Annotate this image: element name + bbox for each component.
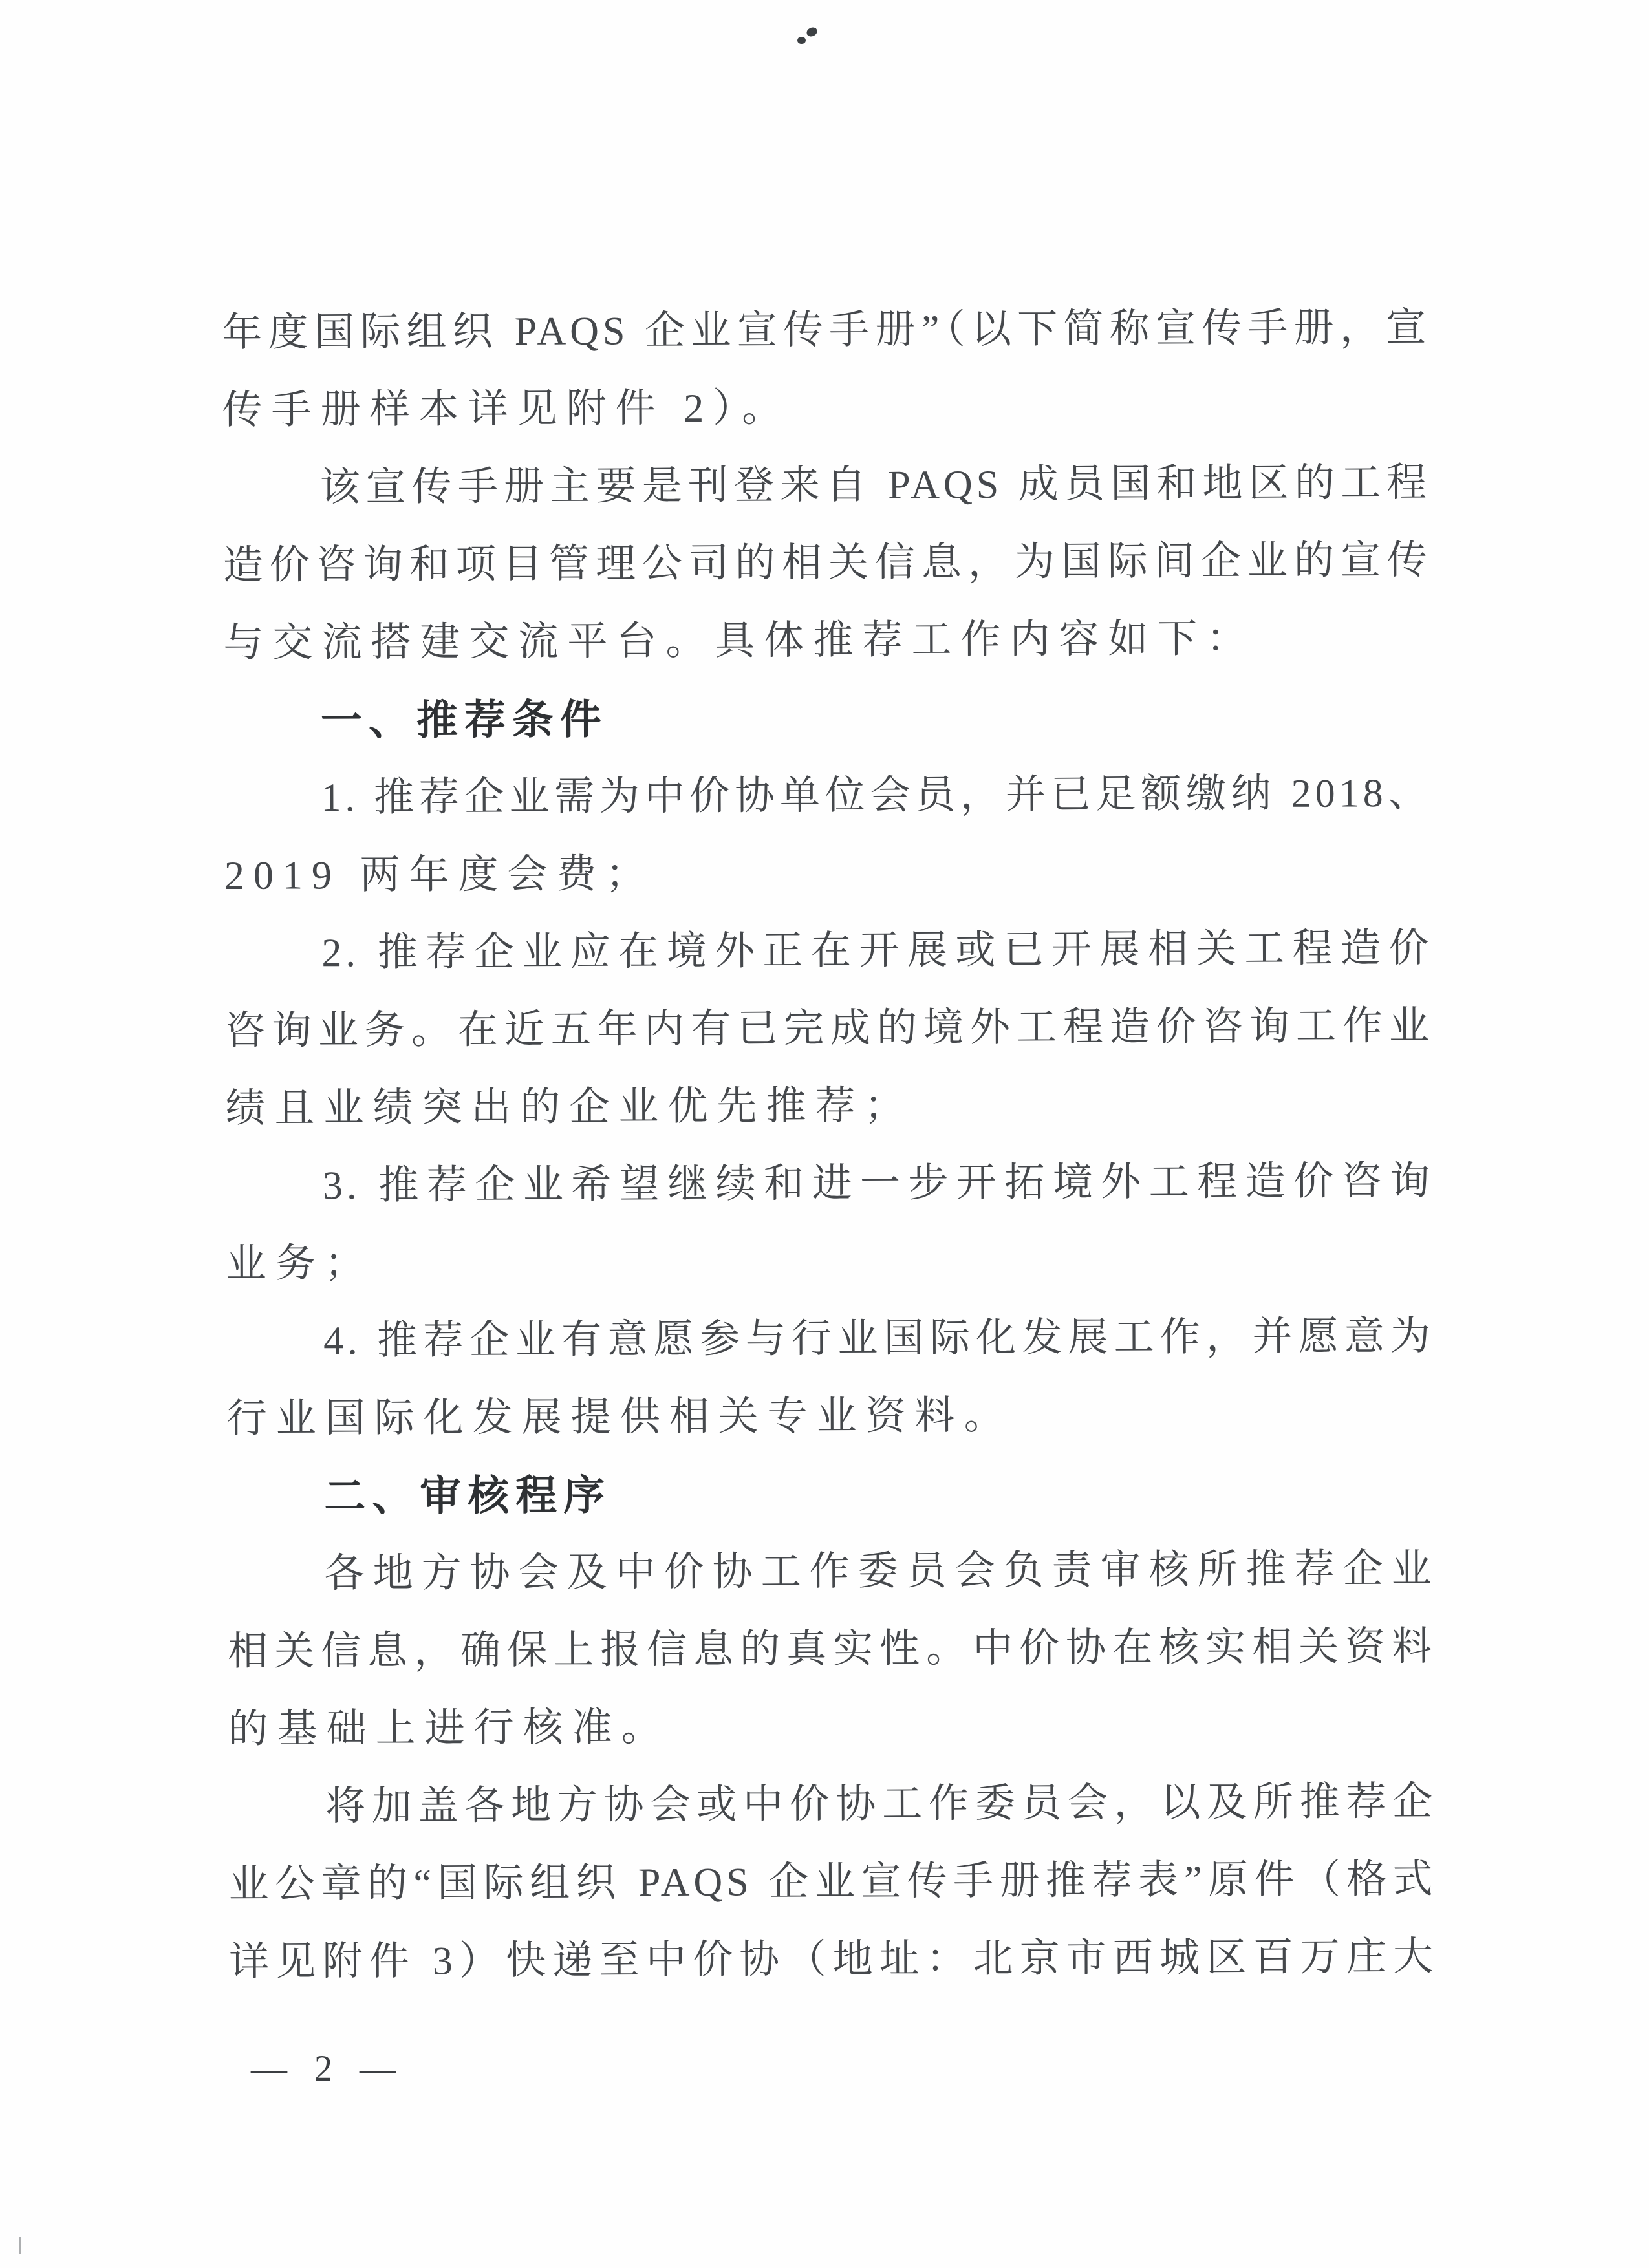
document-body: 年度国际组织 PAQS 企业宣传手册”（以下简称宣传手册，宣 传手册样本详见附件… (222, 289, 1438, 2001)
text-line: 造价咨询和项目管理公司的相关信息，为国际间企业的宣传 (223, 522, 1432, 604)
page-number: — 2 — (251, 2033, 405, 2104)
text-line: 业务； (226, 1220, 1434, 1303)
text-line: 1. 推荐企业需为中价协单位会员，并已足额缴纳 2018、 (224, 754, 1432, 837)
text-line: 绩且业绩突出的企业优先推荐； (225, 1065, 1434, 1148)
ink-speck (805, 26, 819, 38)
text-line: 年度国际组织 PAQS 企业宣传手册”（以下简称宣传手册，宣 (222, 289, 1430, 372)
text-line: 咨询业务。在近五年内有已完成的境外工程造价咨询工作业 (225, 987, 1434, 1070)
text-line: 与交流搭建交流平台。具体推荐工作内容如下： (223, 599, 1432, 682)
text-line: 2019 两年度会费； (224, 832, 1433, 915)
text-line: 各地方协会及中价协工作委员会负责审核所推荐企业 (227, 1530, 1436, 1613)
scanned-document-page: 年度国际组织 PAQS 企业宣传手册”（以下简称宣传手册，宣 传手册样本详见附件… (0, 0, 1649, 2268)
section-heading-2: 二、审核程序 (227, 1453, 1436, 1535)
text-line: 详见附件 3）快递至中价协（地址：北京市西城区百万庄大 (229, 1918, 1438, 2001)
text-line: 行业国际化发展提供相关专业资料。 (226, 1375, 1435, 1458)
ink-speck (797, 37, 806, 44)
text-line: 3. 推荐企业希望继续和进一步开拓境外工程造价咨询 (226, 1142, 1434, 1225)
section-heading-1: 一、推荐条件 (224, 677, 1432, 760)
text-line: 的基础上进行核准。 (228, 1685, 1436, 1768)
scan-artifact (19, 2237, 21, 2254)
text-line: 传手册样本详见附件 2）。 (222, 367, 1431, 449)
text-line: 相关信息，确保上报信息的真实性。中价协在核实相关资料 (228, 1608, 1436, 1691)
text-line: 4. 推荐企业有意愿参与行业国际化发展工作，并愿意为 (226, 1298, 1435, 1380)
text-line: 2. 推荐企业应在境外正在开展或已开展相关工程造价 (224, 910, 1433, 992)
text-line: 业公章的“国际组织 PAQS 企业宣传手册推荐表”原件（格式 (228, 1841, 1437, 1923)
text-line: 该宣传手册主要是刊登来自 PAQS 成员国和地区的工程 (222, 444, 1431, 527)
text-line: 将加盖各地方协会或中价协工作委员会，以及所推荐企 (228, 1763, 1437, 1846)
